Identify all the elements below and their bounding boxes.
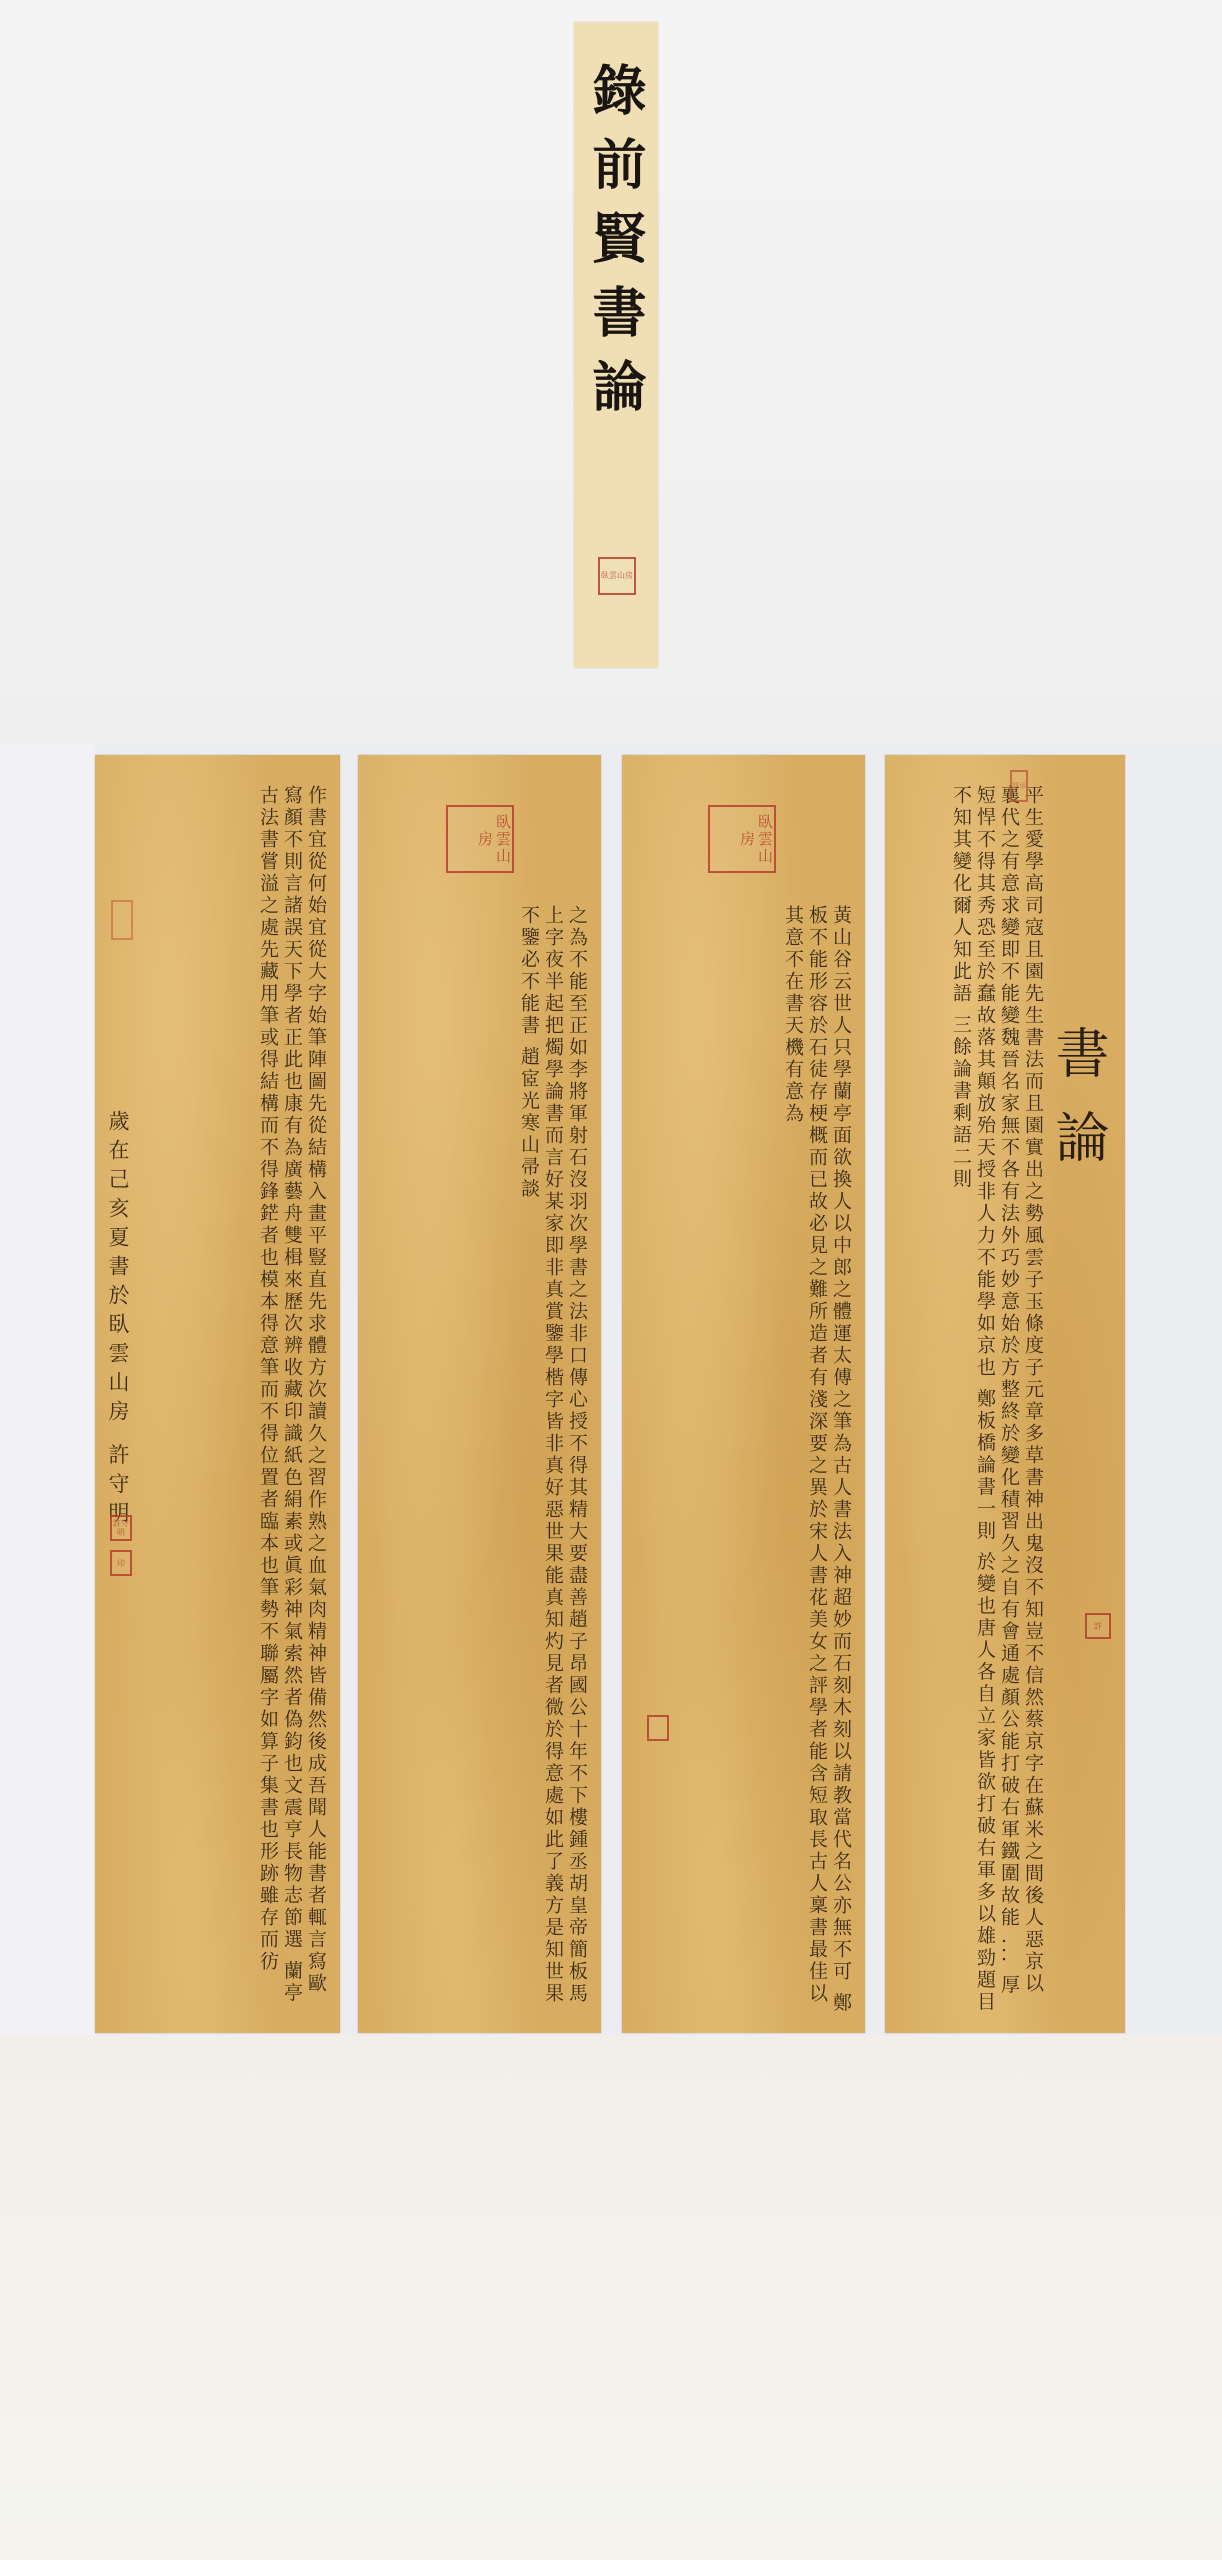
panel-text: 作書宜從何始宜從大字始筆陣圖先從結構入畫平豎直先求體方次讀久之習作熟之血氣肉精神… [256,785,328,2015]
seal-text: 臥雲山房 [600,570,634,582]
scroll-title: 錄前賢書論 [574,62,658,432]
side-seal-stamp [111,900,133,940]
top-seal-stamp: 臥雲山房 [708,805,776,873]
panel-text: 黃山谷云世人只學蘭亭面欲換人以中郎之體運太傅之筆為古人書法入神超妙而石刻木刻以請… [781,905,853,2015]
seal-text: 臥雲山房 [710,807,774,871]
right-seal-stamp: 許 [1085,1613,1111,1639]
panel-text: 之為不能至正如李將軍射石沒羽次學書之法非口傳心授不得其精大要盡善趙子昂國公十年不… [517,905,589,2015]
artist-seal-stamp: 許守明 [110,1515,132,1541]
panel-text: 平生愛學高司寇且園先生書法而且園實出之勢風雲子玉條度子元章多草書神出鬼沒不知豈不… [949,785,1045,2015]
leading-seal-stamp: 閒章 [1010,770,1028,802]
calligraphy-panel-middle-right: 臥雲山房 黃山谷云世人只學蘭亭面欲換人以中郎之體運太傅之筆為古人書法入神超妙而石… [622,755,865,2033]
seal-text: 許 [1087,1622,1109,1631]
seal-text: 臥雲山房 [448,807,512,871]
calligraphy-panel-far-right: 書論 平生愛學高司寇且園先生書法而且園實出之勢風雲子玉條度子元章多草書神出鬼沒不… [885,755,1125,2033]
calligraphy-panel-far-left: 作書宜從何始宜從大字始筆陣圖先從結構入畫平豎直先求體方次讀久之習作熟之血氣肉精神… [95,755,340,2033]
seal-text: 閒章 [1012,782,1026,790]
title-seal-stamp: 臥雲山房 [598,557,636,595]
artist-seal-stamp-2: 印 [110,1550,132,1576]
backing-band-left-edge [0,745,95,2035]
seal-text: 許守明 [112,1519,130,1537]
title-strip: 錄前賢書論 臥雲山房 [574,22,658,668]
seal-text: 印 [112,1559,130,1568]
artist-inscription: 歲在己亥夏書於臥雲山房 許守明 [103,1110,133,1531]
lower-mount [0,2035,1222,2560]
seal-script-title: 書論 [1040,1025,1117,1193]
mid-seal-stamp [647,1715,669,1741]
calligraphy-panel-middle-left: 臥雲山房 之為不能至正如李將軍射石沒羽次學書之法非口傳心授不得其精大要盡善趙子昂… [358,755,601,2033]
top-seal-stamp: 臥雲山房 [446,805,514,873]
